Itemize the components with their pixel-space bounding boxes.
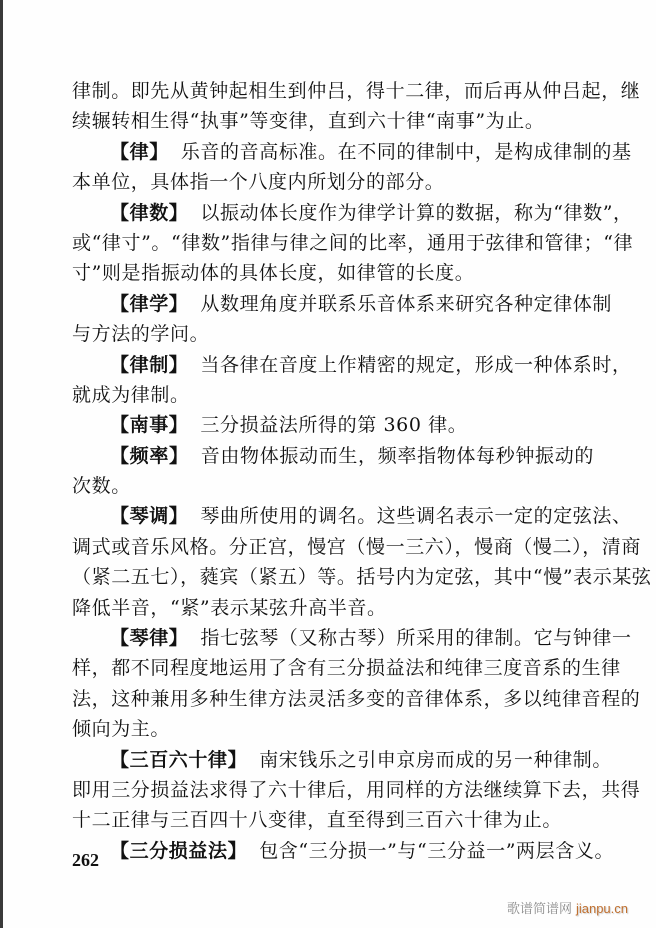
text-line: 样，都不同程度地运用了含有三分损益法和纯律三度音系的生律 xyxy=(72,653,594,683)
text-line: 调式或音乐风格。分正宫，慢宫（慢一三六），慢商（慢二），清商 xyxy=(72,532,594,562)
text-line: 就成为律制。 xyxy=(72,380,594,410)
document-page: 律制。即先从黄钟起相生到仲吕，得十二律，而后再从仲吕起，继 续辗转相生得“执事”… xyxy=(0,0,656,928)
text-line: 寸”则是指振动体的具体长度，如律管的长度。 xyxy=(72,258,594,288)
entry-term: 【三百六十律】 xyxy=(110,749,247,771)
entry-text: 当各律在音度上作精密的规定，形成一种体系时， xyxy=(200,354,631,376)
entry-sanfensunyifa: 【三分损益法】包含“三分损一”与“三分益一”两层含义。 xyxy=(72,836,594,866)
entry-text: 包含“三分损一”与“三分益一”两层含义。 xyxy=(259,840,614,862)
text-line: 十二正律与三百四十八变律，直至得到三百六十律为止。 xyxy=(72,805,594,835)
page-content: 律制。即先从黄钟起相生到仲吕，得十二律，而后再从仲吕起，继 续辗转相生得“执事”… xyxy=(72,76,594,866)
text-line: 续辗转相生得“执事”等变律，直到六十律“南事”为止。 xyxy=(72,106,594,136)
entry-lushu: 【律数】以振动体长度作为律学计算的数据，称为“律数”， xyxy=(72,198,594,228)
text-line: 次数。 xyxy=(72,471,594,501)
entry-term: 【琴律】 xyxy=(110,627,188,649)
entry-text: 乐音的音高标准。在不同的律制中，是构成律制的基 xyxy=(181,141,632,163)
text-line: 即用三分损益法求得了六十律后，用同样的方法继续算下去，共得 xyxy=(72,775,594,805)
entry-term: 【律制】 xyxy=(110,354,188,376)
entry-text: 南宋钱乐之引申京房而成的另一种律制。 xyxy=(259,749,612,771)
entry-text: 琴曲所使用的调名。这些调名表示一定的定弦法、 xyxy=(200,505,631,527)
entry-text: 三分损益法所得的第 360 律。 xyxy=(200,414,467,436)
entry-nanshi: 【南事】三分损益法所得的第 360 律。 xyxy=(72,410,594,440)
entry-luxue: 【律学】从数理角度并联系乐音体系来研究各种定律体制 xyxy=(72,289,594,319)
entry-qinlv: 【琴律】指七弦琴（又称古琴）所采用的律制。它与钟律一 xyxy=(72,623,594,653)
entry-term: 【律学】 xyxy=(110,293,188,315)
text-line: 或“律寸”。“律数”指律与律之间的比率，通用于弦律和管律；“律 xyxy=(72,228,594,258)
watermark-domain: jianpu.cn xyxy=(576,901,628,916)
text-line: 本单位，具体指一个八度内所划分的部分。 xyxy=(72,167,594,197)
entry-term: 【南事】 xyxy=(110,414,188,436)
entry-qindiao: 【琴调】琴曲所使用的调名。这些调名表示一定的定弦法、 xyxy=(72,501,594,531)
text-line: 与方法的学问。 xyxy=(72,319,594,349)
text-line: 倾向为主。 xyxy=(72,714,594,744)
entry-term: 【律数】 xyxy=(110,202,188,224)
entry-term: 【频率】 xyxy=(110,445,189,467)
entry-term: 【三分损益法】 xyxy=(110,840,247,862)
watermark-site-name: 歌谱简谱网 xyxy=(507,902,572,917)
text-line: 降低半音，“紧”表示某弦升高半音。 xyxy=(72,593,594,623)
entry-text: 从数理角度并联系乐音体系来研究各种定律体制 xyxy=(200,293,612,315)
entry-sanbailiushilv: 【三百六十律】南宋钱乐之引申京房而成的另一种律制。 xyxy=(72,745,594,775)
entry-text: 音由物体振动而生，频率指物体每秒钟振动的 xyxy=(201,445,594,467)
page-edge-border xyxy=(0,0,3,928)
entry-text: 以振动体长度作为律学计算的数据，称为“律数”， xyxy=(200,202,632,224)
page-number: 262 xyxy=(72,850,99,871)
entry-luzhi: 【律制】当各律在音度上作精密的规定，形成一种体系时， xyxy=(72,350,594,380)
entry-term: 【琴调】 xyxy=(110,505,188,527)
entry-pinlv: 【频率】音由物体振动而生，频率指物体每秒钟振动的 xyxy=(72,441,594,471)
site-watermark: 歌谱简谱网jianpu.cn xyxy=(507,898,628,917)
text-line: （紧二五七），蕤宾（紧五）等。括号内为定弦，其中“慢”表示某弦 xyxy=(72,562,594,592)
text-line: 法，这种兼用多种生律方法灵活多变的音律体系，多以纯律音程的 xyxy=(72,684,594,714)
text-line: 律制。即先从黄钟起相生到仲吕，得十二律，而后再从仲吕起，继 xyxy=(72,76,594,106)
entry-text: 指七弦琴（又称古琴）所采用的律制。它与钟律一 xyxy=(200,627,631,649)
entry-lu: 【律】乐音的音高标准。在不同的律制中，是构成律制的基 xyxy=(72,137,594,167)
entry-term: 【律】 xyxy=(110,141,169,163)
